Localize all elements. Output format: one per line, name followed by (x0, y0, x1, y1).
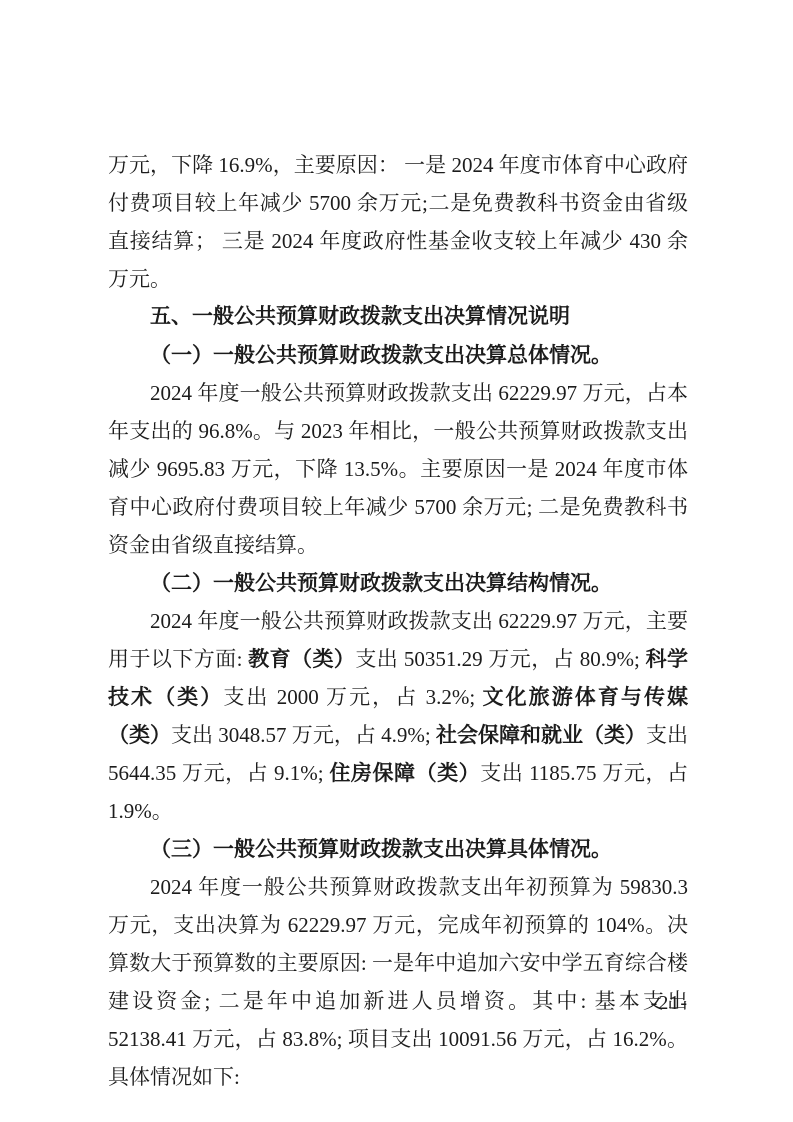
category-social-security-employment-bold: 社会保障和就业（类） (436, 723, 646, 747)
subsection-2-heading: （二）一般公共预算财政拨款支出决算结构情况。 (108, 564, 688, 602)
subsection-1-body: 2024 年度一般公共预算财政拨款支出 62229.97 万元，占本年支出的 9… (108, 374, 688, 564)
subsection-3-body: 2024 年度一般公共预算财政拨款支出年初预算为 59830.3 万元，支出决算… (108, 868, 688, 1096)
subsection-1-heading: （一）一般公共预算财政拨款支出决算总体情况。 (108, 336, 688, 374)
section-5-heading: 五、一般公共预算财政拨款支出决算情况说明 (108, 298, 688, 336)
category-housing-security-bold: 住房保障（类） (329, 761, 480, 785)
document-page: 万元，下降 16.9%，主要原因： 一是 2024 年度市体育中心政府付费项目较… (0, 0, 793, 1122)
category-education-bold: 教育（类） (248, 647, 355, 671)
text-segment: 支出 3048.57 万元，占 4.9%; (171, 723, 436, 747)
subsection-2-body: 2024 年度一般公共预算财政拨款支出 62229.97 万元，主要用于以下方面… (108, 602, 688, 830)
text-segment: 支出 2000 万元，占 3.2%; (223, 685, 482, 709)
carryover-paragraph: 万元，下降 16.9%，主要原因： 一是 2024 年度市体育中心政府付费项目较… (108, 146, 688, 298)
page-content: 万元，下降 16.9%，主要原因： 一是 2024 年度市体育中心政府付费项目较… (108, 146, 688, 1096)
text-segment: 支出 50351.29 万元，占 80.9%; (355, 647, 645, 671)
page-number: -21- (651, 991, 688, 1015)
subsection-3-heading: （三）一般公共预算财政拨款支出决算具体情况。 (108, 830, 688, 868)
